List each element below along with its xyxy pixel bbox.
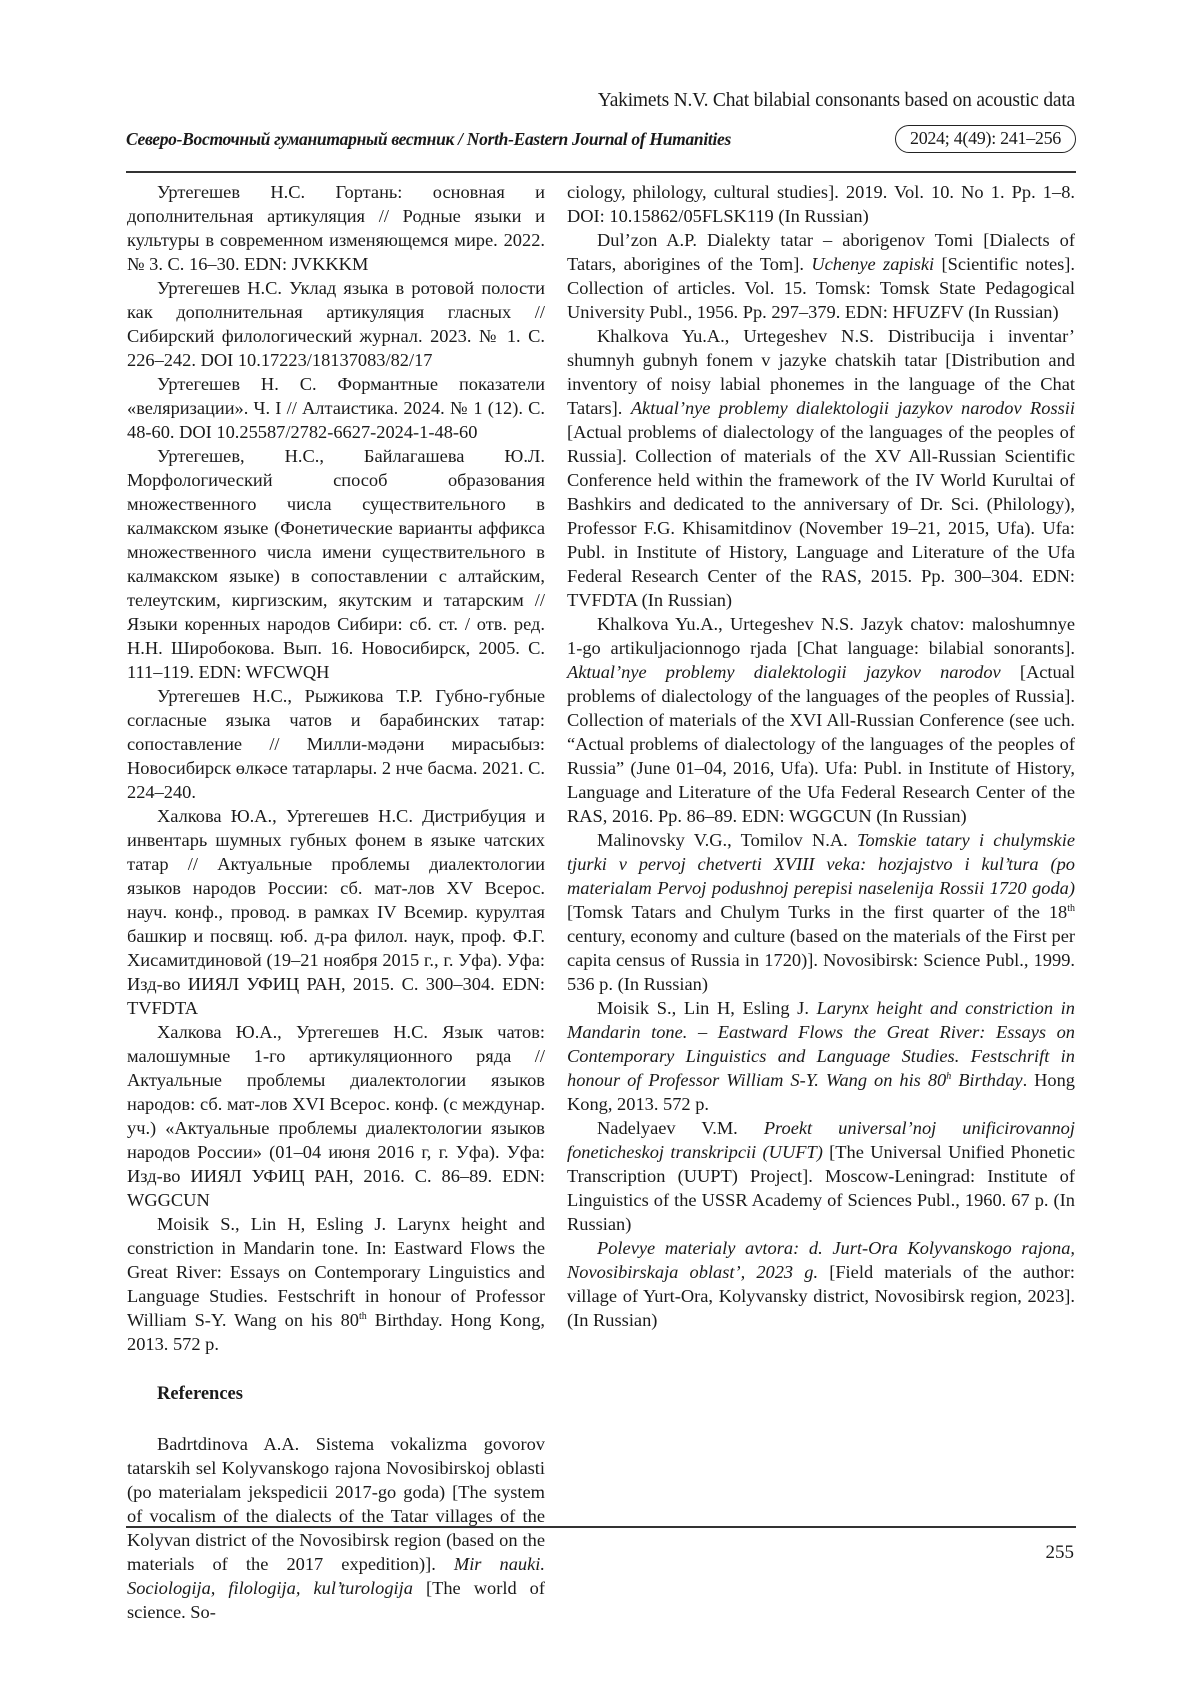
reference-entry-polevye: Polevye materialy avtora: d. Jurt-Ora Ko…: [567, 1236, 1075, 1332]
reference-entry-malinovsky: Malinovsky V.G., Tomilov N.A. Tomskie ta…: [567, 828, 1075, 996]
reference-entry: Халкова Ю.А., Уртегешев Н.С. Дистрибуция…: [127, 804, 545, 1020]
reference-entry-nadelyaev: Nadelyaev V.M. Proekt universal’noj unif…: [567, 1116, 1075, 1236]
reference-entry-moisik: Moisik S., Lin H, Esling J. Larynx heigh…: [127, 1212, 545, 1356]
reference-entry: Уртегешев, Н.С., Байлагашева Ю.Л. Морфол…: [127, 444, 545, 684]
reference-entry: Уртегешев Н.С. Гортань: основная и допол…: [127, 180, 545, 276]
page-number: 255: [1046, 1542, 1075, 1564]
reference-entry-moisik-en: Moisik S., Lin H, Esling J. Larynx heigh…: [567, 996, 1075, 1116]
reference-entry-khalkova-1: Khalkova Yu.A., Urtegeshev N.S. Distribu…: [567, 324, 1075, 612]
left-column: Уртегешев Н.С. Гортань: основная и допол…: [127, 180, 545, 1624]
journal-name: Северо-Восточный гуманитарный вестник / …: [126, 129, 731, 150]
right-column: ciology, philology, cultural studies]. 2…: [567, 180, 1075, 1624]
reference-entry: Уртегешев Н. С. Формантные показатели «в…: [127, 372, 545, 444]
reference-entry-badrtdinova: Badrtdinova A.A. Sistema vokalizma govor…: [127, 1432, 545, 1624]
issue-badge: 2024; 4(49): 241–256: [895, 125, 1076, 153]
reference-entry-dulzon: Dul’zon A.P. Dialekty tatar – aborigenov…: [567, 228, 1075, 324]
reference-entry-continued: ciology, philology, cultural studies]. 2…: [567, 180, 1075, 228]
header-divider: [126, 171, 1076, 173]
reference-entry: Уртегешев Н.С. Уклад языка в ротовой пол…: [127, 276, 545, 372]
reference-entry: Уртегешев Н.С., Рыжикова Т.Р. Губно-губн…: [127, 684, 545, 804]
footer-divider: [126, 1526, 1076, 1528]
reference-entry: Халкова Ю.А., Уртегешев Н.С. Язык чатов:…: [127, 1020, 545, 1212]
two-column-body: Уртегешев Н.С. Гортань: основная и допол…: [127, 180, 1075, 1624]
reference-entry-khalkova-2: Khalkova Yu.A., Urtegeshev N.S. Jazyk ch…: [567, 612, 1075, 828]
journal-header: Северо-Восточный гуманитарный вестник / …: [126, 124, 1076, 154]
references-heading: References: [157, 1382, 545, 1406]
running-head: Yakimets N.V. Chat bilabial consonants b…: [0, 90, 1075, 112]
